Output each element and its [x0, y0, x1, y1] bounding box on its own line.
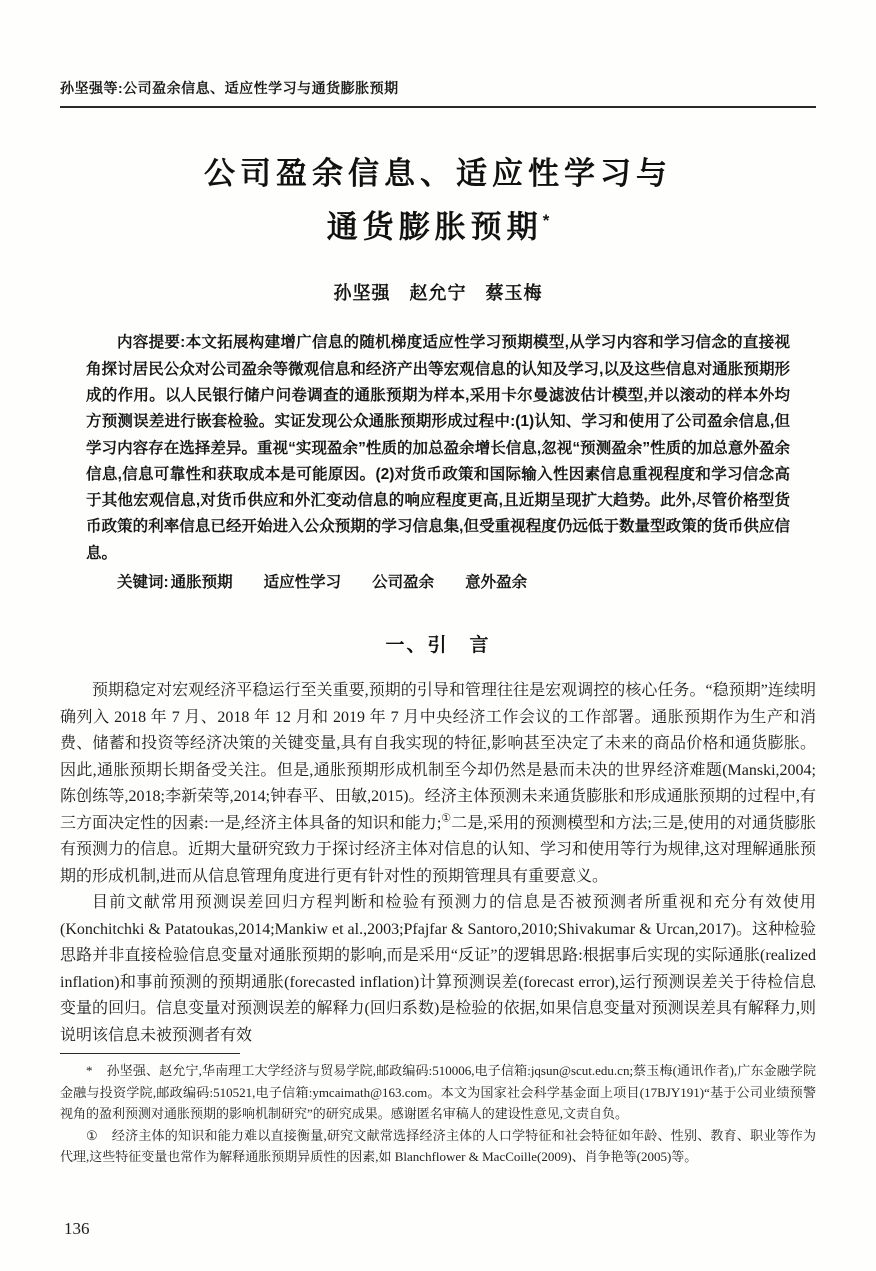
- footnote-star: *孙坚强、赵允宁,华南理工大学经济与贸易学院,邮政编码:510006,电子信箱:…: [60, 1060, 816, 1125]
- title-footnote-mark: *: [543, 211, 550, 230]
- intro-paragraph-2: 目前文献常用预测误差回归方程判断和检验有预测力的信息是否被预测者所重视和充分有效…: [60, 890, 816, 1049]
- footnote-1-text: 经济主体的知识和能力难以直接衡量,研究文献常选择经济主体的人口学特征和社会特征如…: [60, 1128, 816, 1165]
- footnote-divider: [60, 1053, 240, 1054]
- page-number: 136: [64, 1219, 90, 1239]
- footnote-1-reference-mark: ①: [441, 812, 451, 824]
- abstract-paragraph: 内容提要:本文拓展构建增广信息的随机梯度适应性学习预期模型,从学习内容和学习信念…: [86, 330, 790, 567]
- footnote-star-text: 孙坚强、赵允宁,华南理工大学经济与贸易学院,邮政编码:510006,电子信箱:j…: [60, 1063, 816, 1121]
- header-divider: [60, 106, 816, 108]
- paper-page: 孙坚强等:公司盈余信息、适应性学习与通货膨胀预期 公司盈余信息、适应性学习与 通…: [0, 0, 876, 1271]
- article-title: 公司盈余信息、适应性学习与 通货膨胀预期*: [60, 150, 816, 250]
- abstract-label: 内容提要:: [117, 334, 185, 351]
- article-title-line1: 公司盈余信息、适应性学习与: [204, 156, 672, 191]
- footnote-1: ①经济主体的知识和能力难以直接衡量,研究文献常选择经济主体的人口学特征和社会特征…: [60, 1125, 816, 1168]
- section-heading-introduction: 一、引 言: [60, 630, 816, 657]
- intro-paragraph-1-text-a: 预期稳定对宏观经济平稳运行至关重要,预期的引导和管理往往是宏观调控的核心任务。“…: [60, 682, 816, 832]
- intro-paragraph-1: 预期稳定对宏观经济平稳运行至关重要,预期的引导和管理往往是宏观调控的核心任务。“…: [60, 678, 816, 890]
- article-title-line2: 通货膨胀预期: [327, 209, 543, 244]
- author-list: 孙坚强 赵允宁 蔡玉梅: [60, 279, 816, 305]
- abstract-text: 本文拓展构建增广信息的随机梯度适应性学习预期模型,从学习内容和学习信念的直接视角…: [86, 334, 790, 561]
- abstract-block: 内容提要:本文拓展构建增广信息的随机梯度适应性学习预期模型,从学习内容和学习信念…: [86, 330, 790, 596]
- running-header: 孙坚强等:公司盈余信息、适应性学习与通货膨胀预期: [60, 78, 816, 98]
- keywords-list: 通胀预期 适应性学习 公司盈余 意外盈余: [171, 574, 528, 591]
- keywords-paragraph: 关键词:通胀预期 适应性学习 公司盈余 意外盈余: [86, 570, 790, 596]
- footnote-star-mark: *: [86, 1063, 93, 1078]
- footnote-1-mark: ①: [86, 1128, 98, 1143]
- keywords-label: 关键词:: [117, 574, 169, 591]
